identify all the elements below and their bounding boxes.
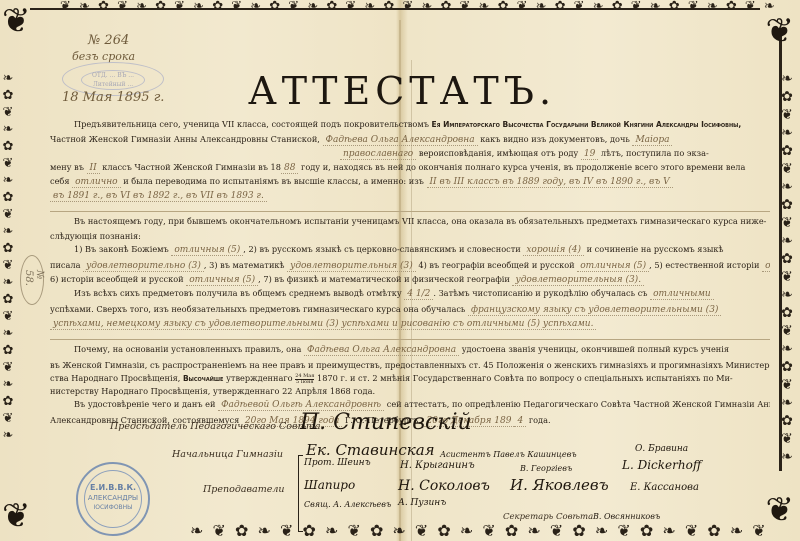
paragraph-student-info: Предъявительница сего, ученица VII класс… (50, 118, 770, 131)
father-rank-field: Маiора (632, 135, 672, 146)
teacher-signature: В. Георгіевъ (520, 464, 572, 473)
grade-geography: отличныя (5) (577, 261, 649, 272)
grade-russian: хорошія (4) (523, 245, 584, 256)
promotions-field-continued: въ 1891 г., въ VI въ 1892 г., въ VII въ … (50, 191, 267, 202)
teacher-signature: И. Яковлевъ (510, 476, 609, 494)
corner-ornament-icon: ❦ (766, 14, 795, 48)
admitted-class-field: II (87, 163, 100, 174)
conduct-field: отлично (72, 177, 120, 188)
paragraph-conferral: Почему, на основаніи установленныхъ прав… (50, 343, 770, 357)
grade-history: отличныя (5) (186, 275, 258, 286)
grade-essay: удовлетворительно (3) (83, 261, 204, 272)
paragraph-exam-intro: Въ настоящемъ году, при бывшемъ окончате… (50, 215, 770, 228)
vine-ornament-bottom-icon: ❧ ❦ ✿ ❧ ❦ ✿ ❧ ❦ ✿ ❧ ❦ ✿ ❧ ❦ ✿ ❧ ❦ ✿ ❧ ❦ … (190, 523, 768, 539)
grade-religion: отличныя (5) (171, 245, 243, 256)
secretary-signature: В. Овсянниковъ (593, 512, 660, 521)
teacher-signature: Е. Кассанова (630, 482, 699, 493)
corner-ornament-icon: ❦ (2, 499, 31, 533)
teacher-signature: Н. Крыганинъ (400, 460, 475, 471)
divider (50, 331, 770, 340)
grade-handwriting: отличными (650, 289, 714, 300)
document-title: АТТЕСТАТЪ. (248, 69, 556, 113)
divider (50, 203, 770, 212)
document-body: Предъявительница сего, ученица VII класс… (50, 118, 770, 428)
religion-field: православнаго (340, 149, 416, 160)
vine-ornament-left-icon: ❧ ✿ ❦ ❧ ✿ ❦ ❧ ✿ ❦ ❧ ✿ ❦ ❧ ✿ ❦ ❧ ✿ ❦ ❧ ✿ … (0, 70, 16, 444)
registration-date: 18 Мая 1895 г. (62, 90, 164, 105)
student-name-field: Фадѣева Ольга Александровна (304, 345, 459, 356)
teacher-signature: Свящ. А. Алексѣевъ (304, 500, 391, 509)
teacher-signature: О. Бравина (635, 444, 688, 454)
teacher-signature: Прот. Шеинъ (304, 458, 371, 468)
teachers-bracket (298, 455, 303, 532)
paragraph-grades: 1) Въ законѣ Божіемъ отличныя (5), 2) въ… (50, 243, 770, 257)
vine-ornament-top-icon: ❦ ❧ ✿ ❦ ❧ ✿ ❦ ❧ ✿ ❦ ❧ ✿ ❦ ❧ ✿ ❦ ❧ ✿ ❦ ❧ … (60, 0, 777, 13)
teacher-signature: L. Dickerhoff (622, 458, 701, 472)
chair-label: Предсѣдатель Педагогическаго Совѣта (110, 421, 321, 432)
corner-ornament-icon: ❦ (766, 493, 795, 527)
grade-physics: удовлетворительныя (3). (512, 275, 644, 286)
teacher-signature: Асистентъ Павелъ Кашинцевъ (440, 450, 577, 459)
attestat-document: ❦ ❧ ✿ ❦ ❧ ✿ ❦ ❧ ✿ ❦ ❧ ✿ ❦ ❧ ✿ ❦ ❧ ✿ ❦ ❧ … (0, 0, 800, 541)
optional-subjects: французскому языку съ удовлетворительным… (468, 305, 721, 316)
chair-signature: П. Стипевскій (300, 410, 472, 435)
optional-subjects-continued: успѣхами, немецкому языку съ удовлетвори… (50, 319, 596, 330)
secretary-label: Секретарь Совѣта (503, 512, 593, 522)
head-label: Начальница Гимназіи (172, 449, 283, 460)
school-seal: Е.И.В.В.К. АЛЕКСАНДРЫ ІОСИФОВНЫ (76, 462, 150, 536)
margin-number: № 58. (23, 270, 45, 288)
student-name-field: Фадѣева Ольга Александровна (323, 135, 478, 146)
teacher-signature: Шапиро (304, 478, 355, 492)
average-grade: 4 1/2 (404, 289, 433, 300)
margin-number-tag: № 58. (20, 255, 44, 305)
document-number: № 264 (88, 33, 129, 48)
teacher-signature: Н. Соколовъ (398, 478, 490, 494)
grade-natural-history: отличныя (5) (762, 261, 770, 272)
grade-math: удовлетворительныя (3) (287, 261, 416, 272)
teacher-signature: А. Пузинъ (398, 498, 446, 508)
teachers-label: Преподаватели (203, 484, 285, 495)
vine-ornament-right-icon: ❧ ✿ ❦ ❧ ✿ ❦ ❧ ✿ ❦ ❧ ✿ ❦ ❧ ✿ ❦ ❧ ✿ ❦ ❧ ✿ … (778, 70, 796, 466)
validity-note: безъ срока (72, 50, 135, 63)
date-fraction: 24 Мая 5 Іюня (295, 374, 314, 385)
head-signature: Ек. Ставинская (306, 441, 435, 459)
age-field: 19 (581, 149, 598, 160)
promotions-field: II въ III классъ въ 1889 году, въ IV въ … (427, 177, 673, 188)
paragraph-average: Изъ всѣхъ сихъ предметовъ получила въ об… (50, 287, 770, 301)
admitted-year-field: 88 (281, 163, 298, 174)
patron-name: Ея Императорскаго Высочества Государыни … (432, 120, 742, 129)
corner-ornament-icon: ❦ (2, 4, 31, 38)
